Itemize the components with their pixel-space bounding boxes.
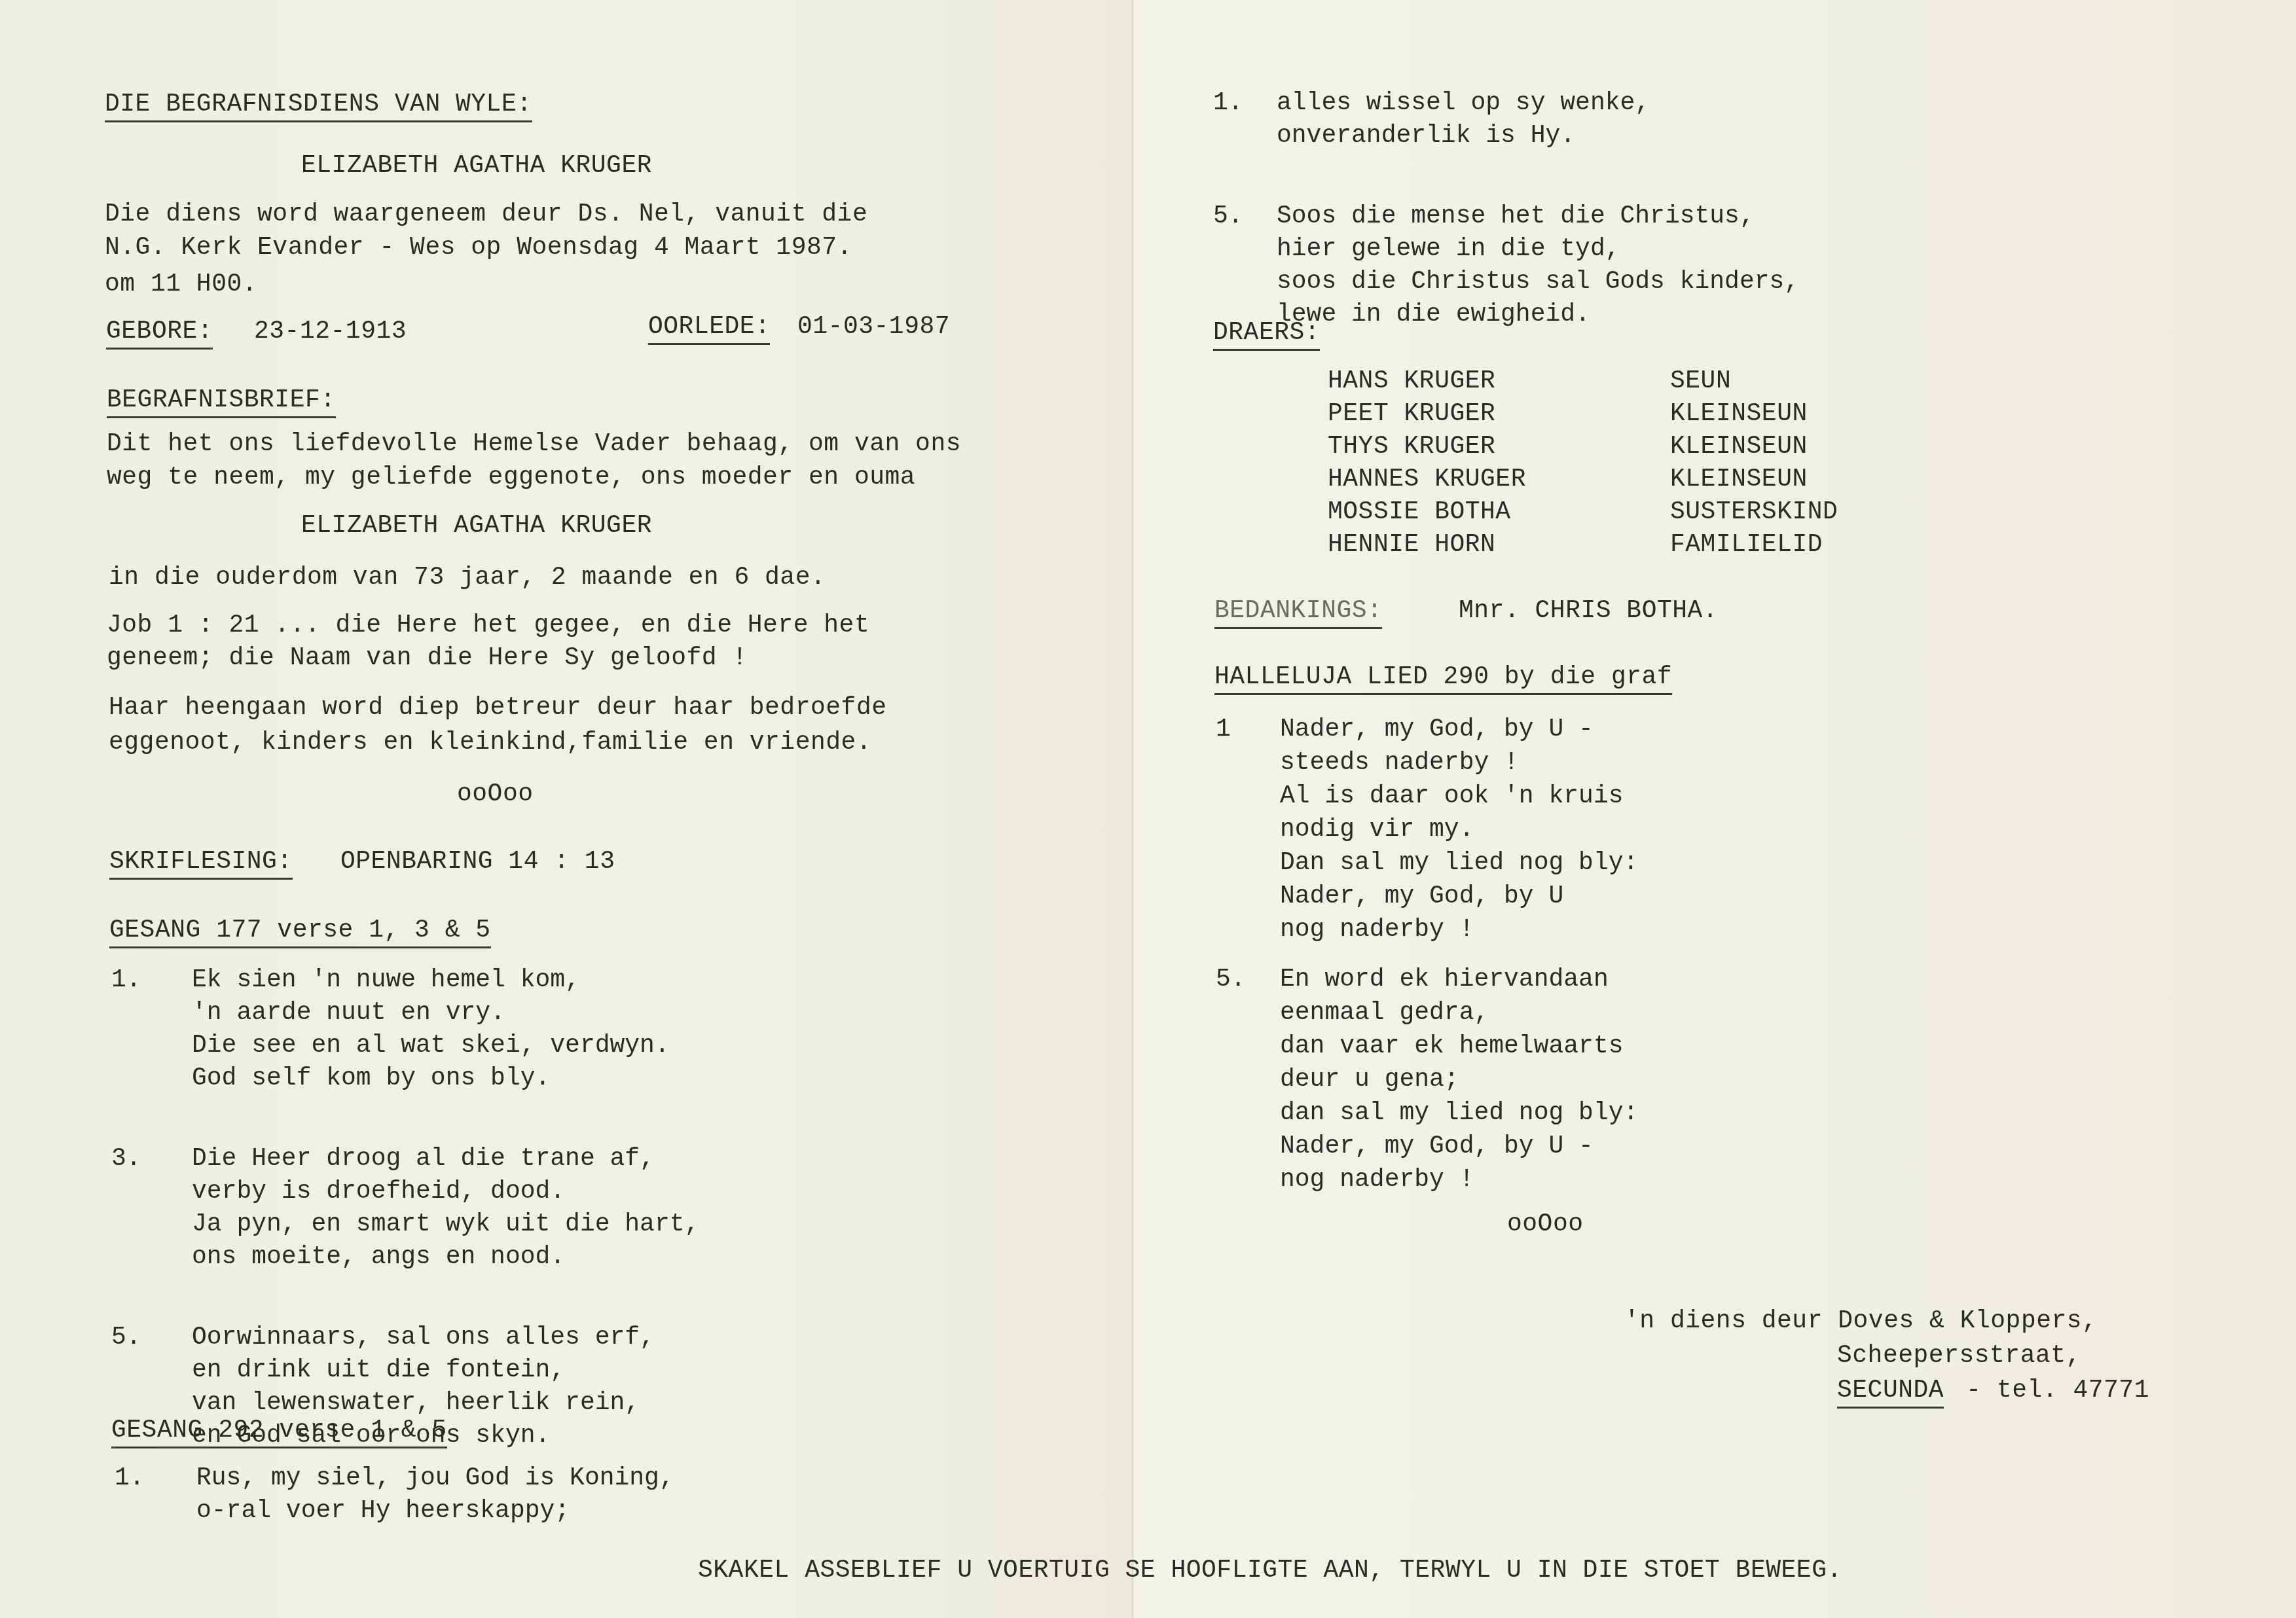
verse-line: Nader, my God, by U - xyxy=(1280,715,1594,744)
verse-line: dan sal my lied nog bly: xyxy=(1280,1099,1638,1128)
verse-line: Dan sal my lied nog bly: xyxy=(1280,849,1638,878)
died-label: OORLEDE: xyxy=(648,313,770,345)
verse-line: nog naderby ! xyxy=(1280,916,1474,944)
verse-line: van lewenswater, heerlik rein, xyxy=(192,1389,640,1418)
verse-number: 5. xyxy=(1216,965,1246,994)
verse-line: eenmaal gedra, xyxy=(1280,999,1489,1028)
bearer-name: MOSSIE BOTHA xyxy=(1328,498,1511,527)
undertaker-line-2: Scheepersstraat, xyxy=(1837,1342,2081,1371)
verse-line: Oorwinnaars, sal ons alles erf, xyxy=(192,1323,655,1352)
verse-line: 'n aarde nuut en vry. xyxy=(192,999,505,1028)
service-heading: DIE BEGRAFNISDIENS VAN WYLE: xyxy=(105,90,532,122)
verse-number: 1. xyxy=(1213,89,1243,118)
letter-line-2: weg te neem, my geliefde eggenote, ons m… xyxy=(107,463,915,492)
verse-line: Ek sien 'n nuwe hemel kom, xyxy=(192,966,580,995)
verse-line: God self kom by ons bly. xyxy=(192,1064,550,1093)
bearer-name: HANS KRUGER xyxy=(1328,367,1495,396)
service-line-2: N.G. Kerk Evander - Wes op Woensdag 4 Ma… xyxy=(105,234,852,262)
verse-line: Al is daar ook 'n kruis xyxy=(1280,782,1624,811)
separator-right: ooOoo xyxy=(1507,1210,1584,1239)
verse-line: nog naderby ! xyxy=(1280,1166,1474,1195)
born-date: 23-12-1913 xyxy=(254,317,407,346)
thanks-label: BEDANKINGS: xyxy=(1214,597,1382,629)
verse-line: dan vaar ek hemelwaarts xyxy=(1280,1032,1624,1061)
verse-line: o-ral voer Hy heerskappy; xyxy=(196,1497,570,1526)
bearer-relation: KLEINSEUN xyxy=(1670,433,1808,461)
verse-line: steeds naderby ! xyxy=(1280,749,1519,778)
hymn-292-title: GESANG 292 verse 1 & 5 xyxy=(111,1416,447,1448)
bearer-relation: FAMILIELID xyxy=(1670,531,1823,560)
verse-line: Soos die mense het die Christus, xyxy=(1277,202,1755,231)
verse-line: deur u gena; xyxy=(1280,1066,1459,1094)
verse-line: hier gelewe in die tyd, xyxy=(1277,235,1620,264)
verse-number: 1. xyxy=(111,966,141,995)
verse-line: en drink uit die fontein, xyxy=(192,1356,565,1385)
job-line-1: Job 1 : 21 ... die Here het gegee, en di… xyxy=(107,611,869,640)
verse-line: Nader, my God, by U xyxy=(1280,882,1563,911)
bearer-name: HANNES KRUGER xyxy=(1328,465,1526,494)
letter-name: ELIZABETH AGATHA KRUGER xyxy=(301,512,652,541)
bearer-relation: KLEINSEUN xyxy=(1670,400,1808,429)
reading-value: OPENBARING 14 : 13 xyxy=(340,848,615,876)
bearer-relation: SUSTERSKIND xyxy=(1670,498,1838,527)
bearer-name: HENNIE HORN xyxy=(1328,531,1495,560)
age-line: in die ouderdom van 73 jaar, 2 maande en… xyxy=(109,564,826,592)
verse-line: soos die Christus sal Gods kinders, xyxy=(1277,268,1799,297)
verse-line: Rus, my siel, jou God is Koning, xyxy=(196,1464,674,1493)
verse-line: ons moeite, angs en nood. xyxy=(192,1243,565,1272)
footer-notice: SKAKEL ASSEBLIEF U VOERTUIG SE HOOFLIGTE… xyxy=(698,1556,1842,1585)
undertaker-phone: - tel. 47771 xyxy=(1951,1376,2149,1405)
grave-hymn-title: HALLELUJA LIED 290 by die graf xyxy=(1214,663,1672,695)
verse-line: verby is droefheid, dood. xyxy=(192,1178,565,1206)
verse-line: Die see en al wat skei, verdwyn. xyxy=(192,1032,670,1060)
verse-number: 3. xyxy=(111,1145,141,1174)
bearer-relation: KLEINSEUN xyxy=(1670,465,1808,494)
mourning-line-1: Haar heengaan word diep betreur deur haa… xyxy=(109,694,887,723)
page-fold xyxy=(1132,0,1135,1618)
verse-line: lewe in die ewigheid. xyxy=(1277,300,1590,329)
bearers-heading: DRAERS: xyxy=(1213,319,1320,351)
verse-number: 1 xyxy=(1216,715,1231,744)
job-line-2: geneem; die Naam van die Here Sy geloofd… xyxy=(107,644,748,673)
verse-number: 5. xyxy=(1213,202,1243,231)
bearer-name: THYS KRUGER xyxy=(1328,433,1495,461)
letter-line-1: Dit het ons liefdevolle Hemelse Vader be… xyxy=(107,430,961,459)
verse-line: En word ek hiervandaan xyxy=(1280,965,1609,994)
undertaker-line-1: 'n diens deur Doves & Kloppers, xyxy=(1624,1307,2097,1336)
verse-number: 1. xyxy=(115,1464,145,1493)
died-date: 01-03-1987 xyxy=(797,313,950,342)
verse-line: onveranderlik is Hy. xyxy=(1277,122,1575,151)
verse-line: Nader, my God, by U - xyxy=(1280,1132,1594,1161)
service-line-1: Die diens word waargeneem deur Ds. Nel, … xyxy=(105,200,867,229)
verse-number: 5. xyxy=(111,1323,141,1352)
hymn-177-title: GESANG 177 verse 1, 3 & 5 xyxy=(109,916,491,948)
letter-heading: BEGRAFNISBRIEF: xyxy=(107,386,336,418)
mourning-line-2: eggenoot, kinders en kleinkind,familie e… xyxy=(109,728,871,757)
verse-line: nodig vir my. xyxy=(1280,816,1474,844)
born-label: GEBORE: xyxy=(106,317,213,350)
verse-line: Die Heer droog al die trane af, xyxy=(192,1145,655,1174)
separator: ooOoo xyxy=(457,780,534,809)
bearer-relation: SEUN xyxy=(1670,367,1731,396)
thanks-value: Mnr. CHRIS BOTHA. xyxy=(1459,597,1718,626)
deceased-name: ELIZABETH AGATHA KRUGER xyxy=(301,152,652,181)
verse-line: Ja pyn, en smart wyk uit die hart, xyxy=(192,1210,699,1239)
verse-line: alles wissel op sy wenke, xyxy=(1277,89,1650,118)
bearer-name: PEET KRUGER xyxy=(1328,400,1495,429)
reading-label: SKRIFLESING: xyxy=(109,848,293,880)
undertaker-city: SECUNDA xyxy=(1837,1376,1944,1409)
service-line-3: om 11 H00. xyxy=(105,270,257,299)
